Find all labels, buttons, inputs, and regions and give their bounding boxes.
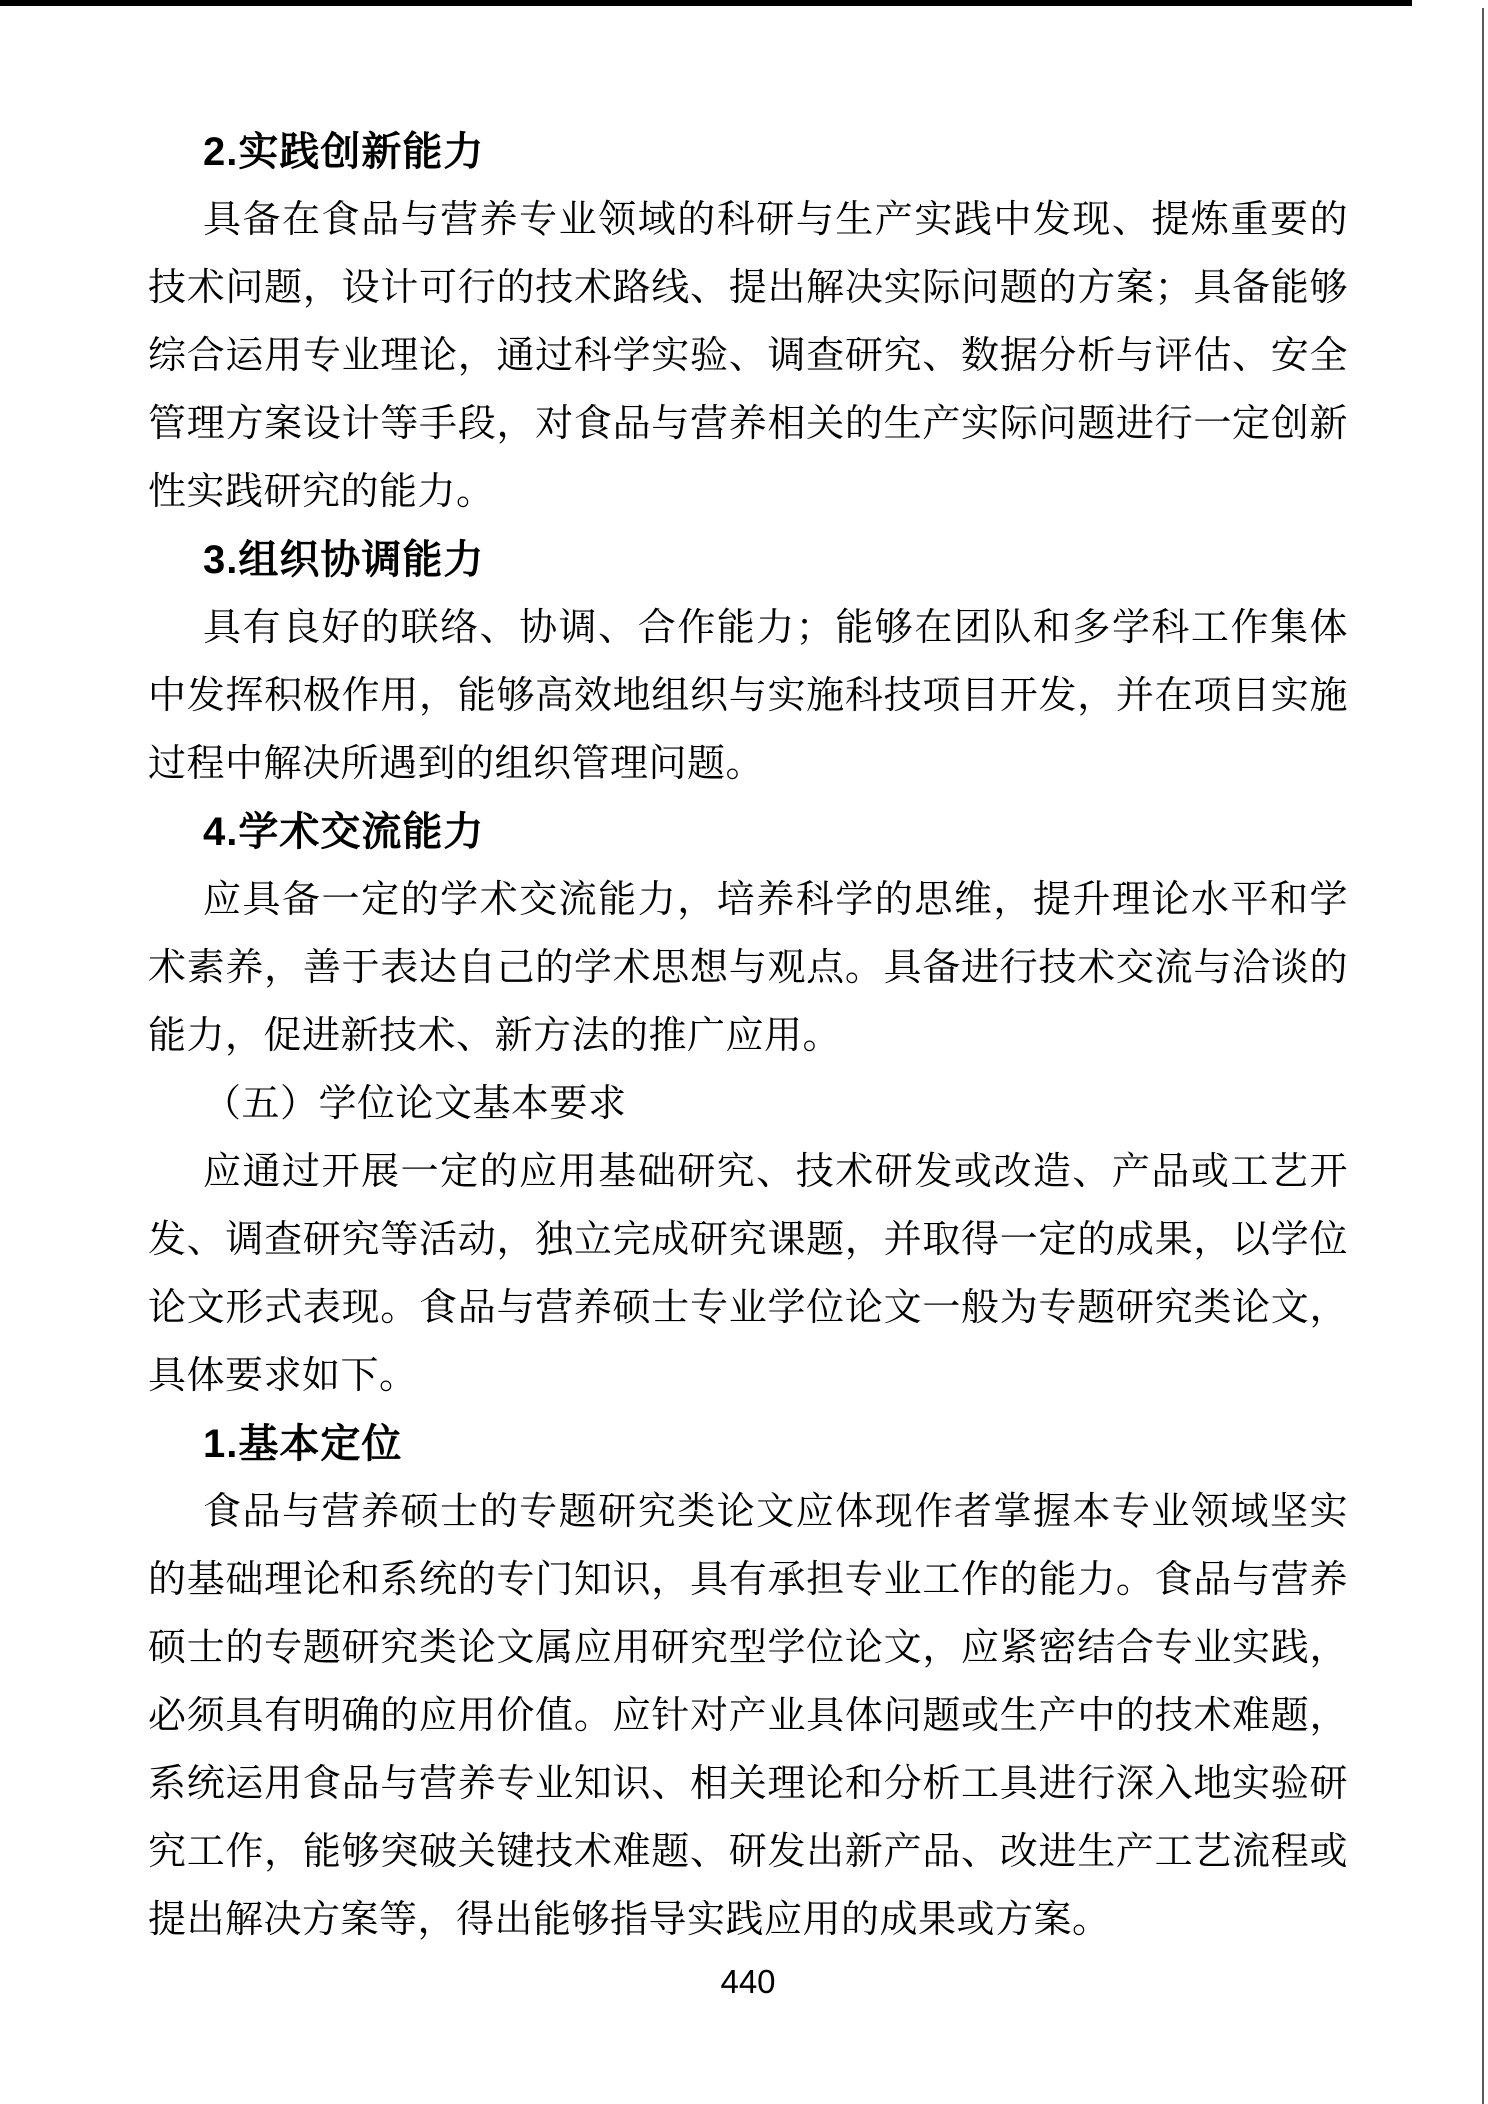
body-line: 性实践研究的能力。: [148, 458, 1348, 526]
body-line: 应具备一定的学术交流能力，培养科学的思维，提升理论水平和学: [148, 866, 1348, 934]
body-line: 系统运用食品与营养专业知识、相关理论和分析工具进行深入地实验研: [148, 1750, 1348, 1818]
body-line: 必须具有明确的应用价值。应针对产业具体问题或生产中的技术难题，: [148, 1682, 1348, 1750]
body-line: 食品与营养硕士的专题研究类论文应体现作者掌握本专业领域坚实: [148, 1478, 1348, 1546]
heading-line: 1.基本定位: [148, 1410, 1348, 1478]
body-line: 提出解决方案等，得出能够指导实践应用的成果或方案。: [148, 1886, 1348, 1954]
body-line: 应通过开展一定的应用基础研究、技术研发或改造、产品或工艺开: [148, 1138, 1348, 1206]
body-line: 具备在食品与营养专业领域的科研与生产实践中发现、提炼重要的: [148, 186, 1348, 254]
body-line: 中发挥积极作用，能够高效地组织与实施科技项目开发，并在项目实施: [148, 662, 1348, 730]
scan-right-edge-line: [1482, 8, 1484, 2104]
body-line: 具有良好的联络、协调、合作能力；能够在团队和多学科工作集体: [148, 594, 1348, 662]
document-page: 2.实践创新能力具备在食品与营养专业领域的科研与生产实践中发现、提炼重要的技术问…: [0, 0, 1488, 2104]
body-line: 管理方案设计等手段，对食品与营养相关的生产实际问题进行一定创新: [148, 390, 1348, 458]
body-line: 的基础理论和系统的专门知识，具有承担专业工作的能力。食品与营养: [148, 1546, 1348, 1614]
scan-top-edge-bar: [0, 0, 1412, 6]
heading-line: 4.学术交流能力: [148, 798, 1348, 866]
body-line: 术素养，善于表达自己的学术思想与观点。具备进行技术交流与洽谈的: [148, 934, 1348, 1002]
document-body: 2.实践创新能力具备在食品与营养专业领域的科研与生产实践中发现、提炼重要的技术问…: [148, 118, 1348, 2002]
body-line: 论文形式表现。食品与营养硕士专业学位论文一般为专题研究类论文，: [148, 1274, 1348, 1342]
body-line: 硕士的专题研究类论文属应用研究型学位论文，应紧密结合专业实践，: [148, 1614, 1348, 1682]
body-line: 发、调查研究等活动，独立完成研究课题，并取得一定的成果，以学位: [148, 1206, 1348, 1274]
body-line: 综合运用专业理论，通过科学实验、调查研究、数据分析与评估、安全: [148, 322, 1348, 390]
body-line: （五）学位论文基本要求: [148, 1070, 1348, 1138]
body-line: 技术问题，设计可行的技术路线、提出解决实际问题的方案；具备能够: [148, 254, 1348, 322]
body-line: 能力，促进新技术、新方法的推广应用。: [148, 1002, 1348, 1070]
heading-line: 2.实践创新能力: [148, 118, 1348, 186]
text-lines: 2.实践创新能力具备在食品与营养专业领域的科研与生产实践中发现、提炼重要的技术问…: [148, 118, 1348, 1954]
body-line: 具体要求如下。: [148, 1342, 1348, 1410]
heading-line: 3.组织协调能力: [148, 526, 1348, 594]
page-number: 440: [148, 1962, 1348, 2002]
body-line: 究工作，能够突破关键技术难题、研发出新产品、改进生产工艺流程或: [148, 1818, 1348, 1886]
body-line: 过程中解决所遇到的组织管理问题。: [148, 730, 1348, 798]
